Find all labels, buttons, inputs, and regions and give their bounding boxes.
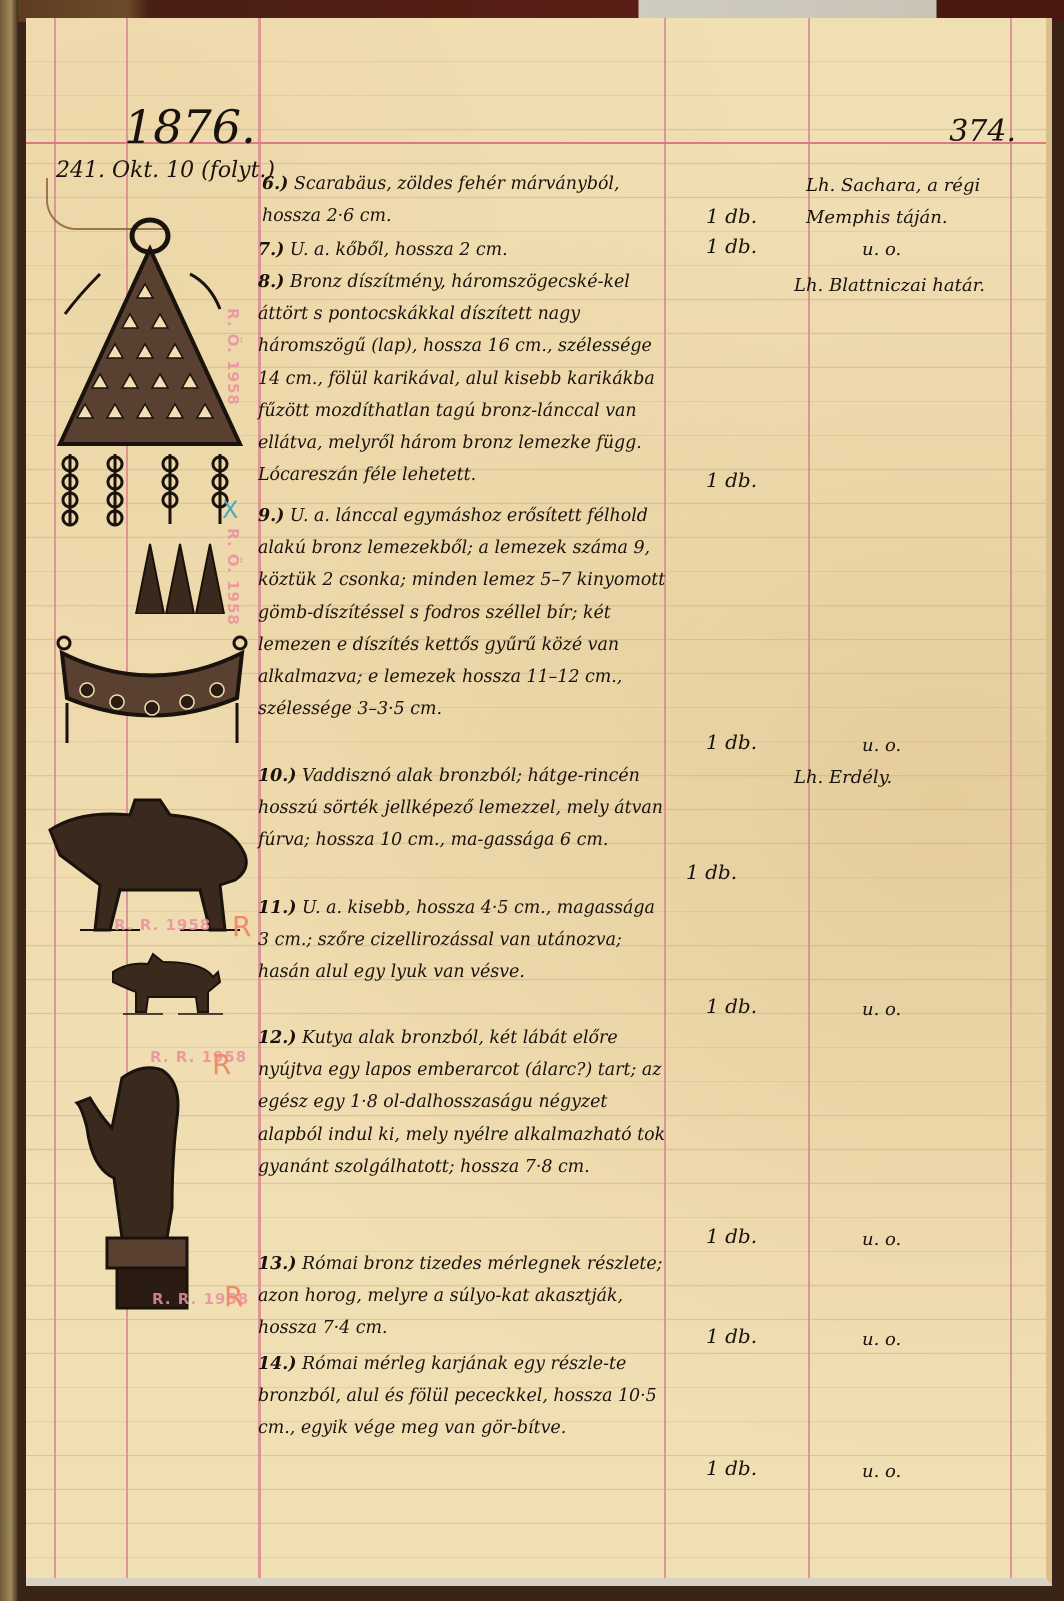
red-r-mark-icon: R: [232, 910, 251, 943]
boar-sketch-small-icon: [108, 942, 228, 1022]
entry-text: Római bronz tizedes mérlegnek részlete; …: [258, 1254, 663, 1338]
entry-6: 6.) Scarabäus, zöldes fehér márványból, …: [262, 168, 662, 232]
dog-handle-sketch-icon: [72, 1058, 212, 1318]
quantity-9: 1 db.: [706, 730, 757, 754]
entry-text: U. a. kisebb, hossza 4·5 cm., magassága …: [258, 898, 655, 982]
entry-text: U. a. kőből, hossza 2 cm.: [290, 240, 508, 260]
location-9: u. o.: [862, 730, 1064, 762]
entry-number: 14.): [258, 1354, 296, 1374]
ledger-page: 1876. 374. 241. Okt. 10 (folyt.) 6.) Sca…: [26, 18, 1052, 1586]
location-13: u. o.: [862, 1324, 1064, 1356]
red-r-mark-icon: R: [224, 1280, 243, 1313]
entry-text: Római mérleg karjának egy részle-te bron…: [258, 1354, 657, 1438]
entry-14: 14.) Római mérleg karjának egy részle-te…: [258, 1348, 668, 1445]
quantity-14: 1 db.: [706, 1456, 757, 1480]
entry-number: 13.): [258, 1254, 296, 1274]
book-spine: [0, 0, 18, 1601]
location-6: Lh. Sachara, a régi Memphis táján.: [806, 170, 1006, 234]
entry-number: 9.): [258, 506, 284, 526]
entry-head: 241. Okt. 10 (folyt.): [56, 158, 275, 183]
entry-9: 9.) U. a. lánccal egymáshoz erősített fé…: [258, 500, 668, 725]
year-heading: 1876.: [124, 100, 256, 154]
crescent-plate-sketch-icon: [52, 628, 252, 748]
quantity-12: 1 db.: [706, 1224, 757, 1248]
quantity-6: 1 db.: [706, 204, 757, 228]
entry-7: 7.) U. a. kőből, hossza 2 cm.: [258, 234, 668, 266]
entry-12: 12.) Kutya alak bronzból, két lábát előr…: [258, 1022, 668, 1183]
column-rule-location: [808, 18, 810, 1578]
quantity-10: 1 db.: [686, 860, 737, 884]
entry-10: 10.) Vaddisznó alak bronzból; hátge-rinc…: [258, 760, 668, 857]
location-8: Lh. Blattniczai határ.: [794, 270, 994, 302]
location-11: u. o.: [862, 994, 1064, 1026]
location-7: u. o.: [862, 234, 1064, 266]
location-14: u. o.: [862, 1456, 1064, 1488]
quantity-13: 1 db.: [706, 1324, 757, 1348]
entry-number: 6.): [262, 174, 288, 194]
museum-stamp: R. R. 1958: [114, 916, 211, 934]
entry-13: 13.) Római bronz tizedes mérlegnek részl…: [258, 1248, 668, 1345]
entry-text: Bronz díszítmény, háromszögecské-kel átt…: [258, 272, 655, 485]
page-number: 374.: [949, 114, 1016, 149]
entry-number: 11.): [258, 898, 296, 918]
entry-number: 7.): [258, 240, 284, 260]
museum-stamp: R. R. 1958: [150, 1048, 247, 1066]
red-r-mark-icon: R: [212, 1048, 231, 1081]
museum-stamp: R. Ö. 1958: [224, 308, 242, 406]
entry-number: 10.): [258, 766, 296, 786]
entry-8: 8.) Bronz díszítmény, háromszögecské-kel…: [258, 266, 668, 491]
entry-text: Scarabäus, zöldes fehér márványból, hoss…: [262, 174, 620, 226]
location-10: Lh. Erdély.: [794, 762, 1014, 794]
quantity-7: 1 db.: [706, 234, 757, 258]
entry-text: Kutya alak bronzból, két lábát előre nyú…: [258, 1028, 665, 1177]
location-12: u. o.: [862, 1224, 1064, 1256]
entry-number: 8.): [258, 272, 284, 292]
blue-x-mark-icon: X: [222, 496, 238, 524]
museum-stamp: R. Ö. 1958: [224, 528, 242, 626]
quantity-8: 1 db.: [706, 468, 757, 492]
entry-text: U. a. lánccal egymáshoz erősített félhol…: [258, 506, 665, 719]
entry-text: Vaddisznó alak bronzból; hátge-rincén ho…: [258, 766, 663, 850]
entry-11: 11.) U. a. kisebb, hossza 4·5 cm., magas…: [258, 892, 668, 989]
entry-number: 12.): [258, 1028, 296, 1048]
quantity-11: 1 db.: [706, 994, 757, 1018]
